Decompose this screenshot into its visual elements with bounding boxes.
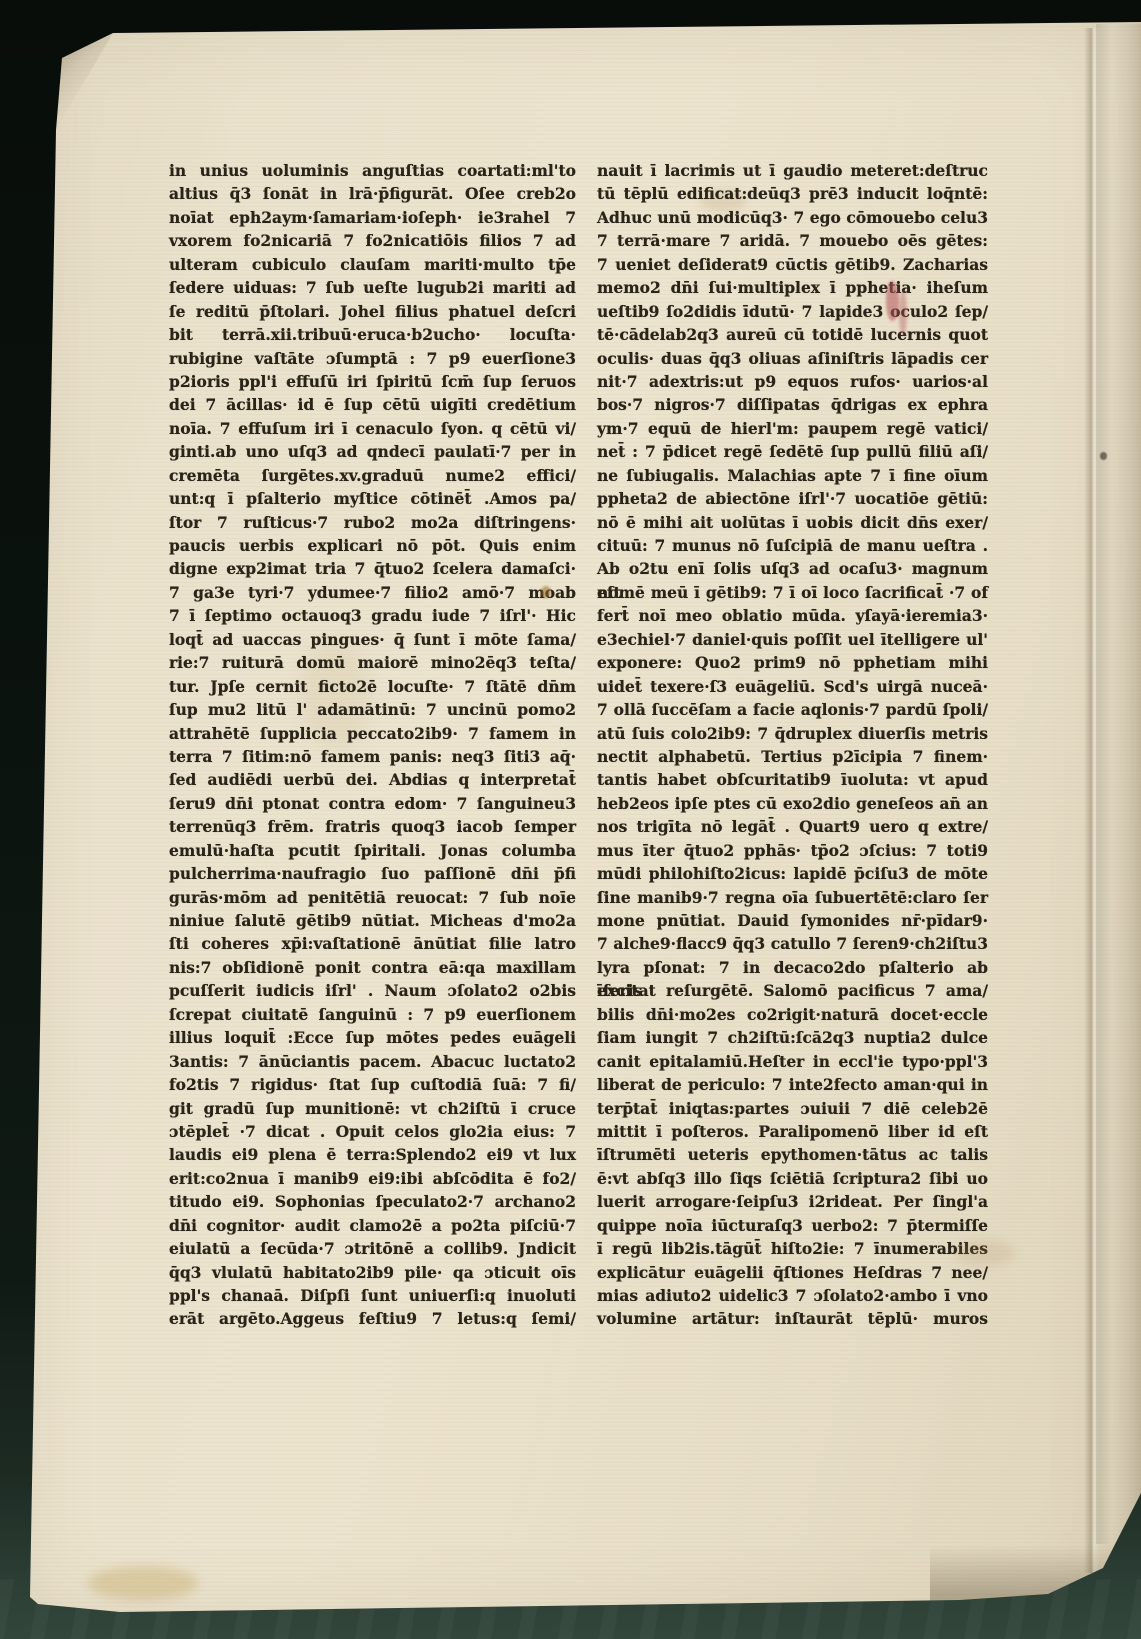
book-page: in unius uoluminis anguſtias coartati:ml… <box>0 0 1141 1639</box>
page-vignette <box>0 0 1141 1639</box>
